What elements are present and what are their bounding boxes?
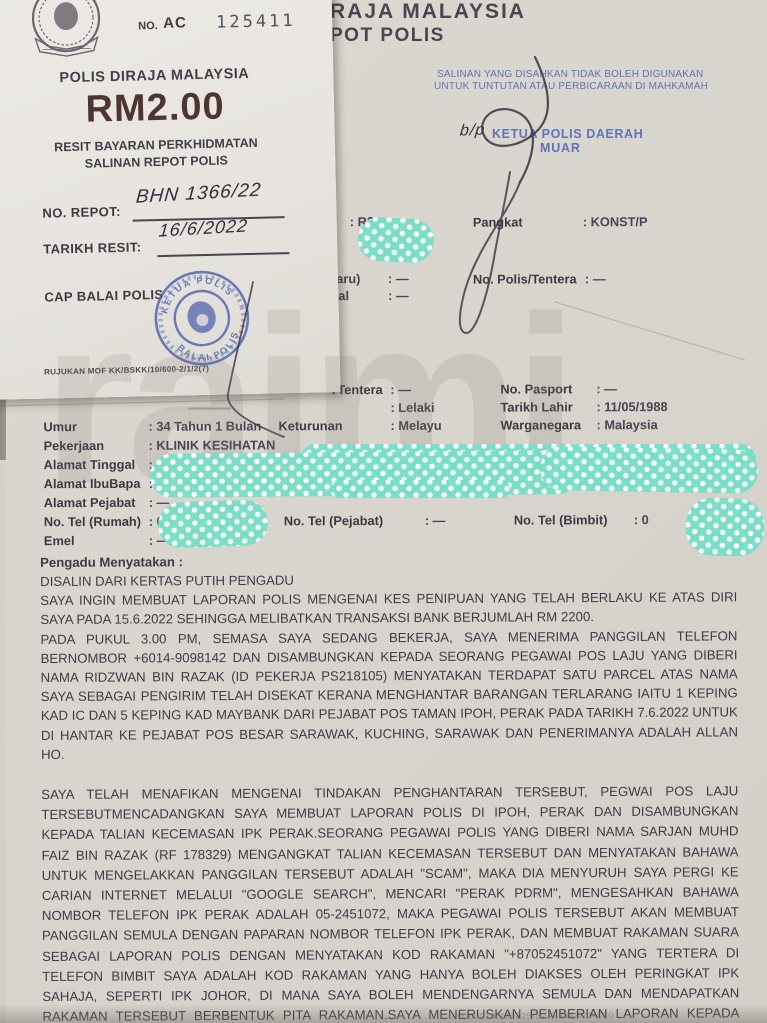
statement-paragraph-2: SAYA TELAH MENAFIKAN MENGENAI TINDAKAN P… bbox=[41, 781, 739, 1023]
statement-line: DI HANTAR KE PEJABAT POS BESAR SARAWAK, … bbox=[41, 722, 738, 745]
statement-section: Pengadu Menyatakan : DISALIN DARI KERTAS… bbox=[40, 549, 739, 1023]
police-report-photo: RAJA MALAYSIA POT POLIS SALINAN YANG DIS… bbox=[0, 0, 767, 1023]
statement-line: HO. bbox=[41, 741, 738, 764]
form-warganegara-value: : Malaysia bbox=[596, 417, 657, 432]
no-repot-label: NO. REPOT: bbox=[42, 204, 121, 221]
receipt-serial-number: 125411 bbox=[216, 11, 296, 33]
receipt-serial-prefix: AC bbox=[163, 14, 187, 32]
tarikh-resit-handwritten-value: 16/6/2022 bbox=[158, 215, 249, 241]
receipt-no-label: NO. bbox=[138, 20, 158, 32]
receipt-amount: RM2.00 bbox=[22, 84, 289, 133]
form-emel-label: Emel bbox=[44, 533, 75, 548]
form-tel-bimbit-value: : 0 bbox=[634, 512, 649, 527]
no-repot-handwritten-value: BHN 1366/22 bbox=[135, 180, 262, 209]
form-pasport-value: : — bbox=[596, 381, 617, 396]
tarikh-resit-underline bbox=[157, 252, 289, 256]
redaction-blob-address-bump bbox=[330, 480, 510, 498]
redaction-blob-tel-bimbit bbox=[685, 497, 765, 558]
redaction-blob-tel-rumah bbox=[157, 499, 269, 549]
pdrm-crest-icon bbox=[21, 0, 111, 61]
form-polis-tentera-value: : — bbox=[585, 271, 606, 286]
form-tarikh-lahir-value: : 11/05/1988 bbox=[596, 399, 667, 414]
receipt-org-title: POLIS DIRAJA MALAYSIA bbox=[21, 65, 287, 87]
form-pangkat-value: : KONST/P bbox=[583, 214, 648, 229]
form-pangkat-label: Pangkat bbox=[473, 215, 523, 230]
redaction-blob-name bbox=[357, 216, 435, 264]
redaction-blob-address-right bbox=[540, 446, 759, 494]
receipt-service-line2: SALINAN REPOT POLIS bbox=[23, 152, 289, 172]
tarikh-resit-label: TARIKH RESIT: bbox=[43, 239, 141, 256]
statement-paragraph-1: DISALIN DARI KERTAS PUTIH PENGADU SAYA I… bbox=[40, 568, 738, 764]
photo-bottom-vignette bbox=[0, 1004, 767, 1023]
